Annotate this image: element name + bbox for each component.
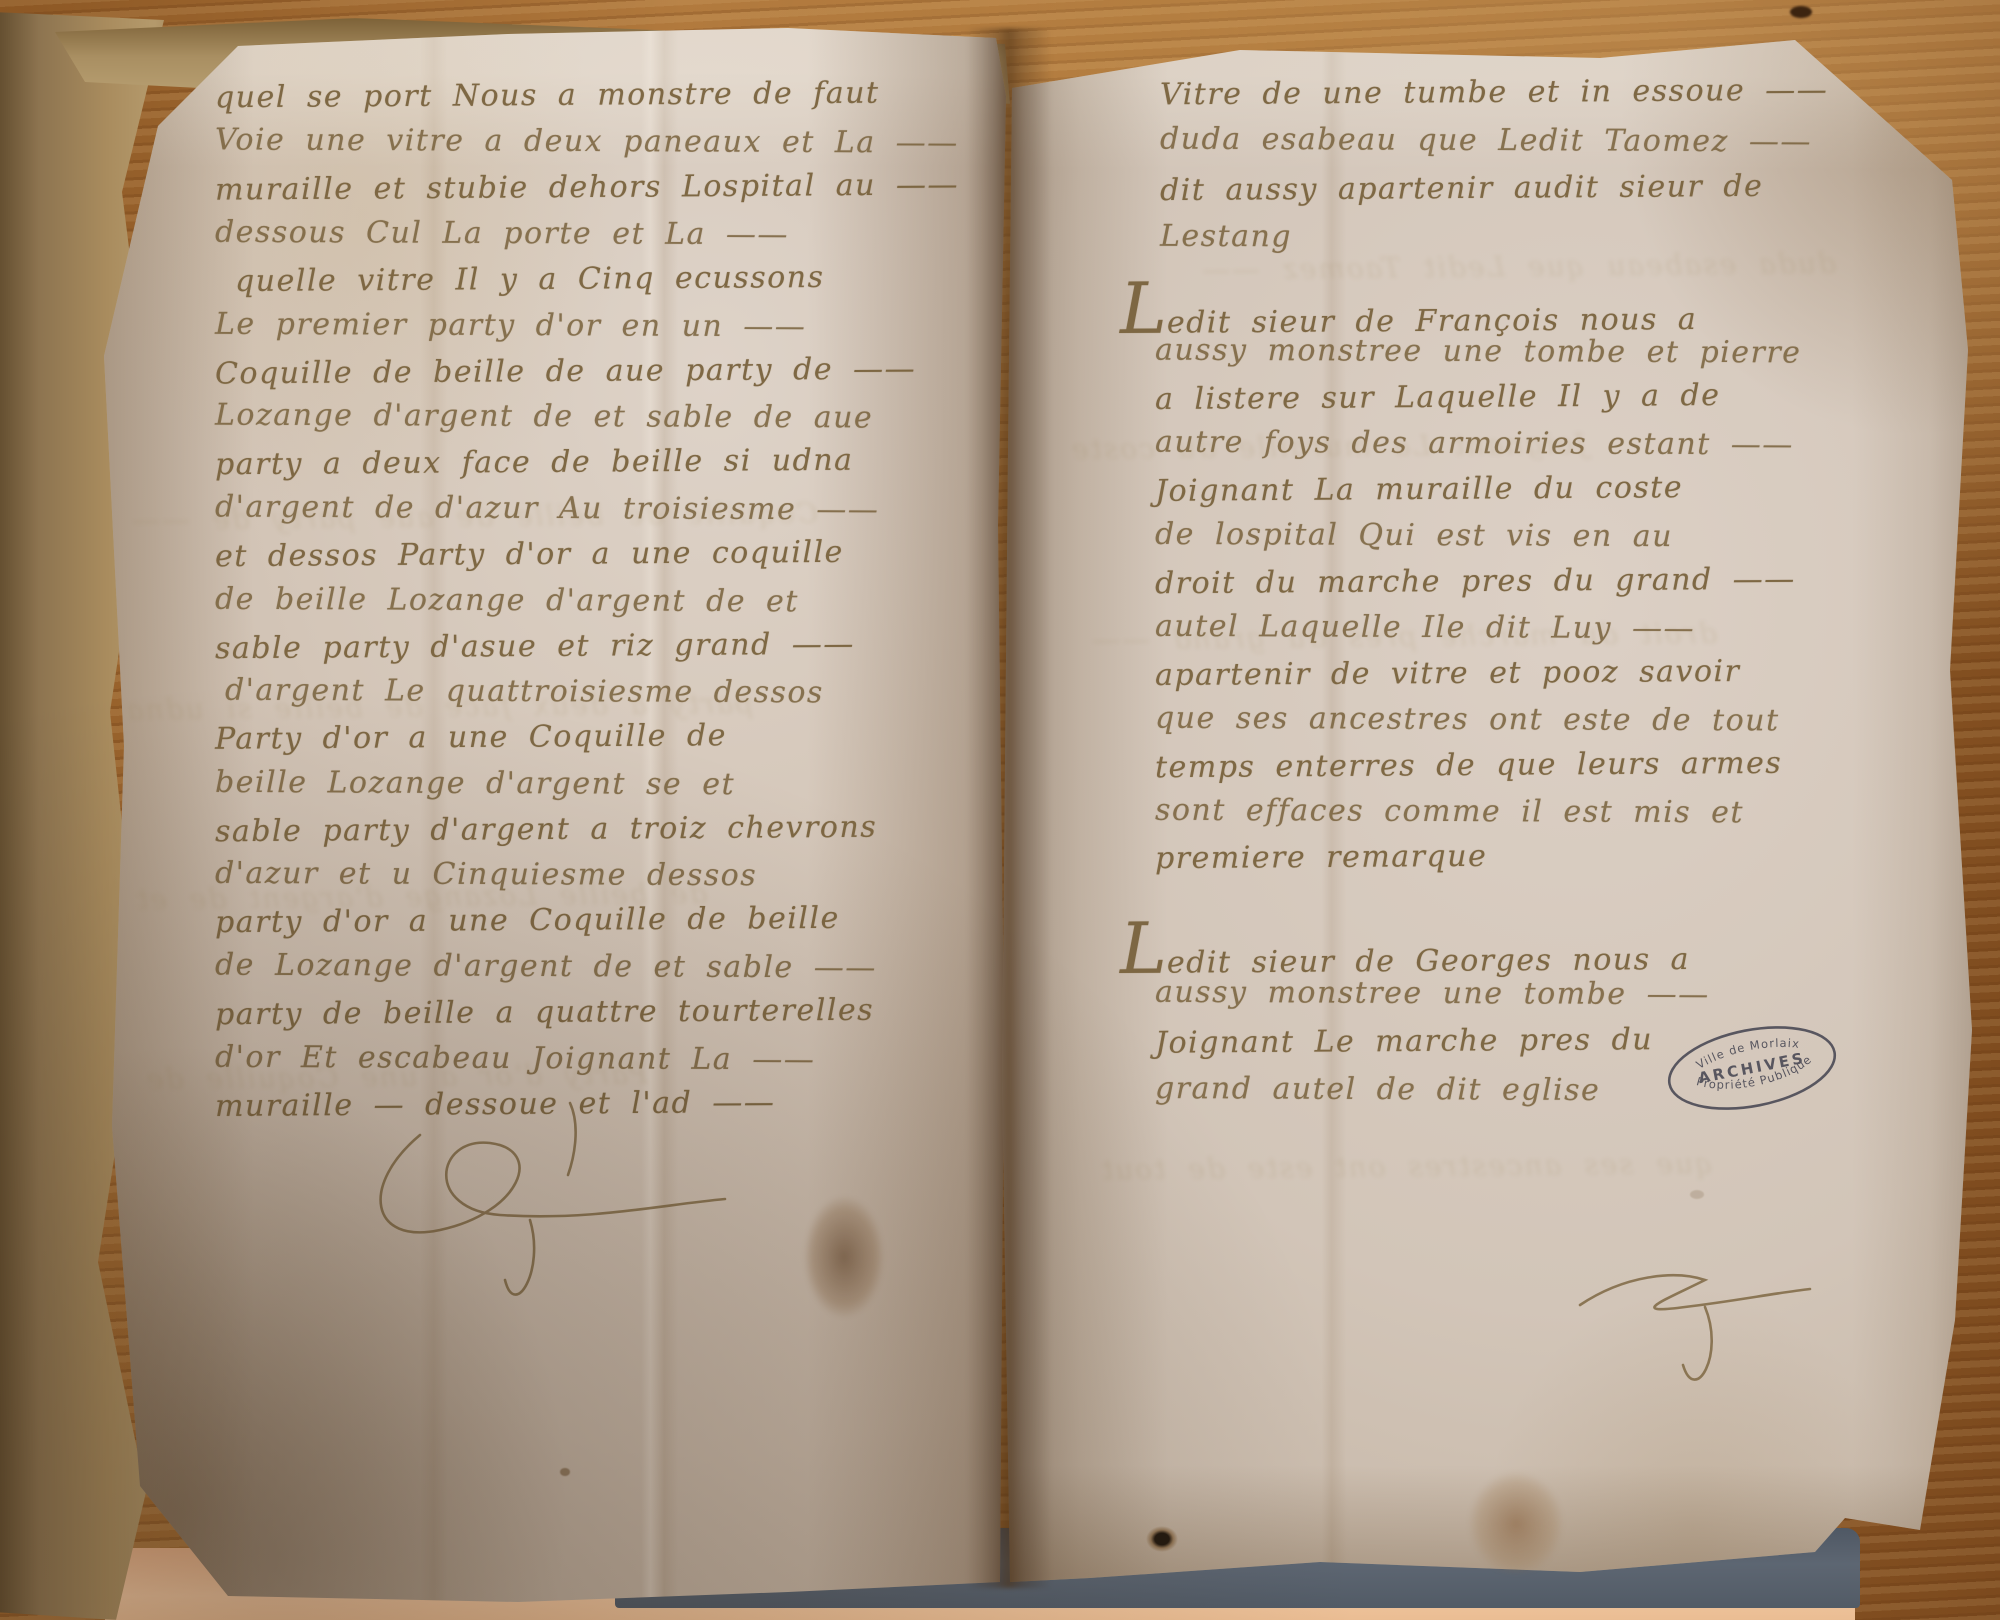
manuscript-line: grand autel de dit eglise <box>1155 1071 1600 1108</box>
manuscript-line: Joignant La muraille du coste <box>1155 470 1683 509</box>
manuscript-line: dessous Cul La porte et La —— <box>215 215 789 253</box>
ink-stain <box>792 1178 896 1336</box>
manuscript-line: quel se port Nous a monstre de faut <box>215 76 880 116</box>
manuscript-line: aussy monstree une tombe —— <box>1155 975 1710 1012</box>
manuscript-line: Joignant Le marche pres du <box>1155 1022 1653 1060</box>
manuscript-line: sable party d'argent a troiz chevrons <box>215 810 877 850</box>
paper-fleck <box>560 1468 570 1476</box>
manuscript-line: duda esabeau que Ledit Taomez —— <box>1160 122 1812 160</box>
manuscript-line: que ses ancestres ont este de tout <box>1155 701 1780 739</box>
wood-knot <box>1790 6 1812 18</box>
manuscript-line: Ledit sieur de Georges nous a <box>1120 926 1690 981</box>
manuscript-line: d'or Et escabeau Joignant La —— <box>215 1040 815 1078</box>
manuscript-line: temps enterres de que leurs armes <box>1155 746 1782 785</box>
manuscript-line: aussy monstree une tombe et pierre <box>1155 333 1802 371</box>
manuscript-line: de Lozange d'argent de et sable —— <box>215 948 877 986</box>
manuscript-line: sable party d'asue et riz grand —— <box>215 627 855 666</box>
book-gutter-shadow <box>966 28 1052 1588</box>
manuscript-line: Vitre de une tumbe et in essoue —— <box>1160 73 1828 113</box>
manuscript-line: beille Lozange d'argent se et <box>215 765 735 802</box>
manuscript-line: d'argent de d'azur Au troisiesme —— <box>215 490 879 528</box>
bleedthrough-ghost-line: que ses ancestres ont este de tout <box>1100 1147 1713 1186</box>
manuscript-line: Le premier party d'or en un —— <box>215 307 806 345</box>
manuscript-line: et dessos Party d'or a une coquille <box>215 535 844 574</box>
manuscript-line: d'argent Le quattroisiesme dessos <box>225 673 824 711</box>
ink-flourish-left <box>330 1095 770 1325</box>
paper-fleck <box>1690 1190 1704 1199</box>
manuscript-line: de beille Lozange d'argent de et <box>215 582 799 620</box>
paper-tear <box>1462 1452 1582 1582</box>
manuscript-line: autre foys des armoiries estant —— <box>1155 425 1794 463</box>
manuscript-line: droit du marche pres du grand —— <box>1155 562 1796 601</box>
manuscript-line: quelle vitre Il y a Cinq ecussons <box>235 260 825 299</box>
manuscript-line: a listere sur Laquelle Il y a de <box>1155 378 1721 417</box>
manuscript-line: premiere remarque <box>1155 839 1488 876</box>
photo-scene: quel se port Nous a monstre de faut Voie… <box>0 0 2000 1620</box>
manuscript-line: apartenir de vitre et pooz savoir <box>1155 654 1741 693</box>
manuscript-line: party d'or a une Coquille de beille <box>215 901 840 940</box>
manuscript-line: muraille et stubie dehors Lospital au —— <box>215 167 959 207</box>
manuscript-line: Lozange d'argent de et sable de aue <box>215 398 873 436</box>
manuscript-line: Party d'or a une Coquille de <box>215 718 727 757</box>
manuscript-line: Voie une vitre a deux paneaux et La —— <box>215 122 959 160</box>
manuscript-line: d'azur et u Cinquiesme dessos <box>215 856 757 893</box>
manuscript-line: Lestang <box>1160 219 1292 255</box>
manuscript-line: party a deux face de beille si udna <box>215 443 854 482</box>
manuscript-line: party de beille a quattre tourterelles <box>215 993 874 1033</box>
ink-flourish-right <box>1555 1245 1855 1415</box>
manuscript-line: Coquille de beille de aue party de —— <box>215 352 916 392</box>
bleedthrough-ghost-line: duda esabeau que Ledit Taomez —— <box>1200 247 1836 287</box>
manuscript-line: sont effaces comme il est mis et <box>1155 793 1744 831</box>
manuscript-line: autel Laquelle Ile dit Luy —— <box>1155 609 1695 646</box>
wormhole <box>1146 1526 1178 1552</box>
manuscript-line: de lospital Qui est vis en au <box>1155 517 1673 554</box>
manuscript-line: dit aussy apartenir audit sieur de <box>1160 169 1764 208</box>
